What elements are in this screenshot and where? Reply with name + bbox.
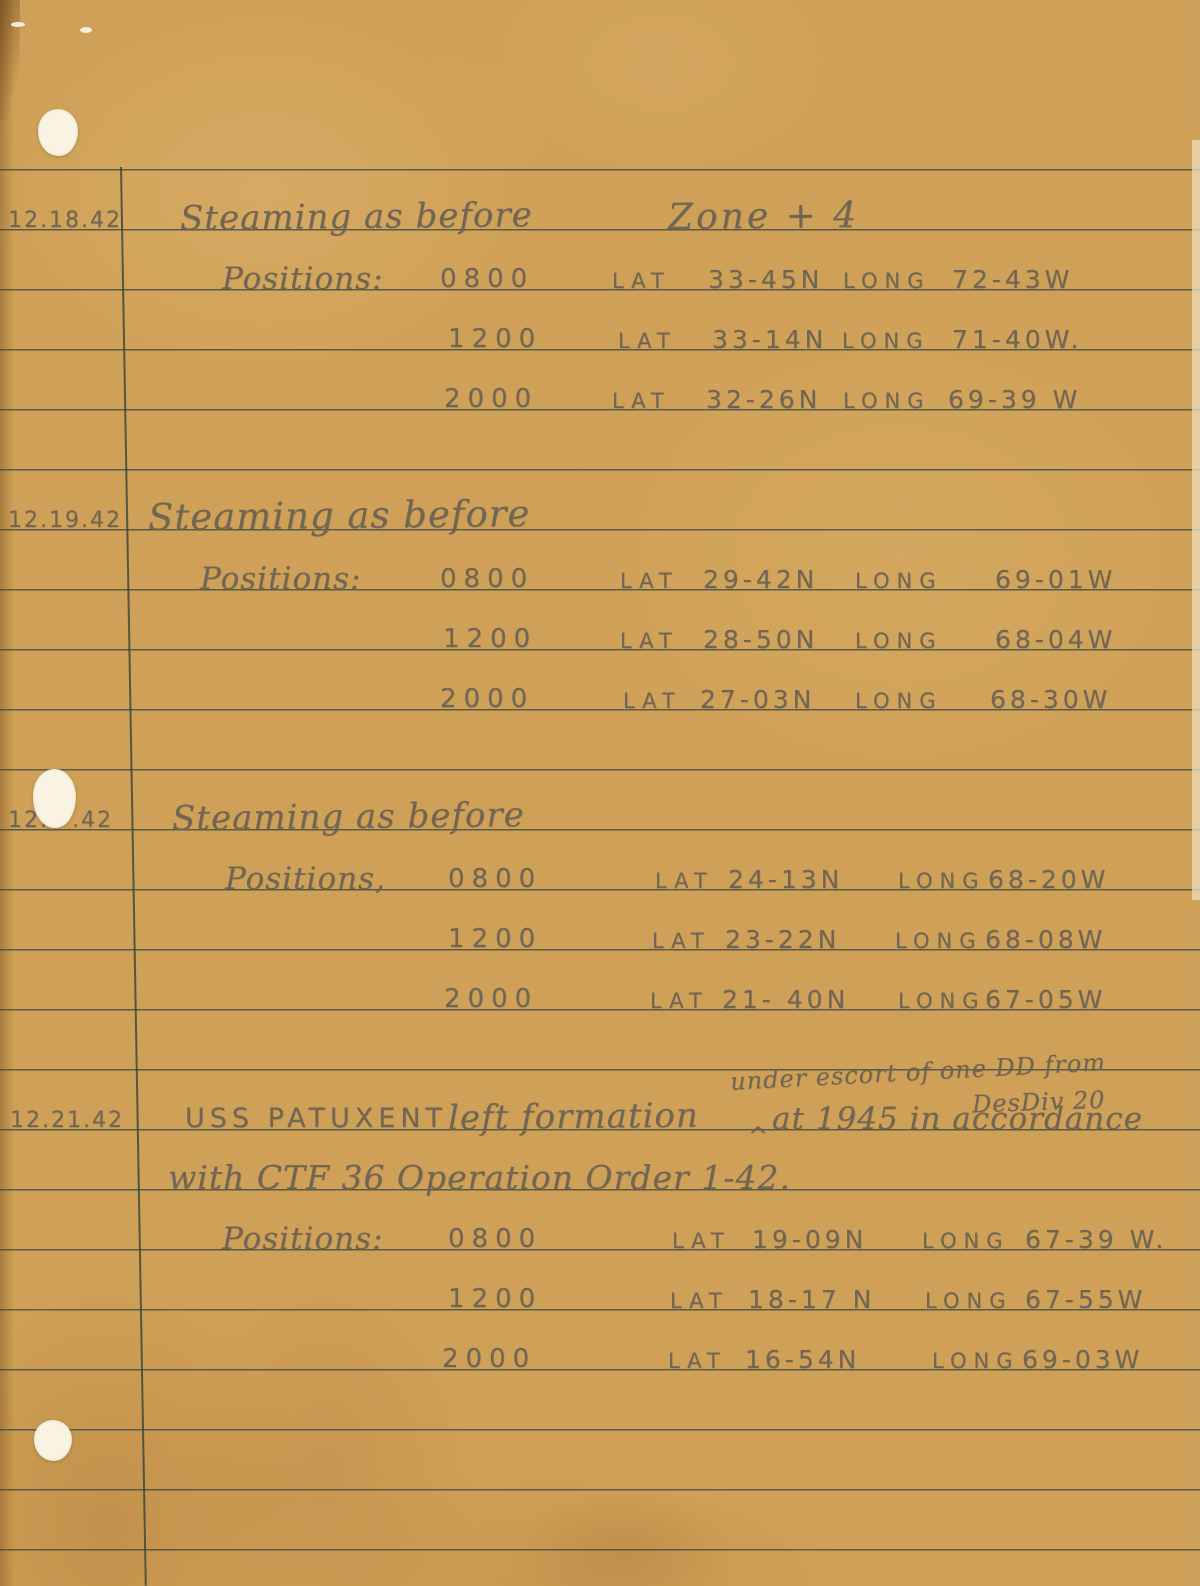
long-value: 67-05W [985, 985, 1106, 1014]
entry1-heading: Steaming as before [180, 195, 533, 239]
entry4-position-row-1200: 1200 LAT 18-17 N LONG 67-55W [0, 1267, 1200, 1309]
entry1-zone-note: Zone + 4 [668, 195, 860, 238]
time-value: 2000 [444, 384, 538, 414]
time-value: 1200 [443, 624, 537, 654]
time-value: 1200 [448, 924, 542, 954]
entry4-line1-mid: left formation [448, 1096, 699, 1139]
lat-value: 33-45N [708, 265, 823, 294]
positions-label: Positions: [222, 261, 383, 297]
entry1-position-row-2000: 2000 LAT 32-26N LONG 69-39 W [0, 367, 1200, 409]
entry1-heading-row: 12.18.42 Steaming as before Zone + 4 [0, 187, 1200, 229]
time-value: 2000 [440, 684, 534, 714]
lat-value: 28-50N [703, 625, 818, 654]
entry2-position-row-1200: 1200 LAT 28-50N LONG 68-04W [0, 607, 1200, 649]
lat-label: LAT [612, 389, 671, 413]
entry3-heading-row: 12. .42 Steaming as before [0, 787, 1200, 829]
hole-punch-bottom [34, 1420, 72, 1461]
entry3-position-row-0800: Positions, 0800 LAT 24-13N LONG 68-20W [0, 847, 1200, 889]
lat-value: 19-09N [752, 1225, 867, 1254]
entry3-date-suffix: .42 [72, 808, 113, 833]
entry2-date: 12.19.42 [8, 508, 122, 533]
lat-label: LAT [668, 1349, 727, 1373]
entry2-position-row-0800: Positions: 0800 LAT 29-42N LONG 69-01W [0, 547, 1200, 589]
long-label: LONG [925, 1289, 1012, 1313]
entry1-position-row-1200: 1200 LAT 33-14N LONG 71-40W. [0, 307, 1200, 349]
long-label: LONG [895, 929, 982, 953]
time-value: 0800 [448, 864, 542, 894]
lat-label: LAT [623, 689, 682, 713]
entry3-position-row-1200: 1200 LAT 23-22N LONG 68-08W [0, 907, 1200, 949]
entry4-line1-row: 12.21.42 USS PATUXENT left formation at … [0, 1087, 1200, 1129]
entry2-heading-row: 12.19.42 Steaming as before [0, 487, 1200, 529]
long-label: LONG [855, 629, 942, 653]
long-value: 71-40W. [952, 325, 1082, 354]
long-label: LONG [843, 389, 930, 413]
long-label: LONG [843, 269, 930, 293]
time-value: 1200 [448, 1284, 542, 1314]
long-label: LONG [898, 869, 985, 893]
time-value: 2000 [444, 984, 538, 1014]
log-page-paper: 12.18.42 Steaming as before Zone + 4 Pos… [0, 0, 1200, 1586]
time-value: 1200 [448, 324, 542, 354]
lat-value: 24-13N [728, 865, 843, 894]
lat-label: LAT [620, 569, 679, 593]
entry2-heading: Steaming as before [148, 492, 531, 539]
entry4-position-row-2000: 2000 LAT 16-54N LONG 69-03W [0, 1327, 1200, 1369]
hole-punch-middle [33, 769, 76, 828]
long-label: LONG [898, 989, 985, 1013]
long-value: 72-43W [952, 265, 1073, 294]
lat-value: 32-26N [706, 385, 821, 414]
lat-label: LAT [670, 1289, 729, 1313]
lat-value: 33-14N [712, 325, 827, 354]
lat-value: 16-54N [745, 1345, 860, 1374]
paper-fleck [80, 27, 92, 33]
entry2-position-row-2000: 2000 LAT 27-03N LONG 68-30W [0, 667, 1200, 709]
long-label: LONG [932, 1349, 1019, 1373]
time-value: 2000 [442, 1344, 536, 1374]
entry1-position-row-0800: Positions: 0800 LAT 33-45N LONG 72-43W [0, 247, 1200, 289]
entry1-date: 12.18.42 [8, 208, 122, 233]
long-label: LONG [855, 689, 942, 713]
long-label: LONG [842, 329, 929, 353]
positions-label: Positions, [225, 861, 386, 897]
entry4-position-row-0800: Positions: 0800 LAT 19-09N LONG 67-39 W. [0, 1207, 1200, 1249]
hole-punch-top [38, 109, 78, 156]
lat-label: LAT [655, 869, 714, 893]
paper-fleck [11, 22, 25, 27]
lat-value: 29-42N [703, 565, 818, 594]
lat-label: LAT [618, 329, 677, 353]
long-value: 68-20W [988, 865, 1109, 894]
lat-label: LAT [672, 1229, 731, 1253]
entry4-date: 12.21.42 [10, 1108, 124, 1133]
entry3-position-row-2000: 2000 LAT 21- 40N LONG 67-05W [0, 967, 1200, 1009]
long-value: 69-03W [1022, 1345, 1143, 1374]
time-value: 0800 [440, 564, 534, 594]
long-value: 69-39 W [948, 385, 1081, 414]
lat-value: 23-22N [725, 925, 840, 954]
entry4-line1-end: at 1945 in accordance [772, 1101, 1143, 1137]
entry4-line2: with CTF 36 Operation Order 1-42. [168, 1158, 791, 1197]
ship-name: USS PATUXENT [185, 1103, 447, 1134]
lat-label: LAT [650, 989, 709, 1013]
long-value: 68-30W [990, 685, 1111, 714]
long-value: 69-01W [995, 565, 1116, 594]
long-label: LONG [855, 569, 942, 593]
time-value: 0800 [440, 264, 534, 294]
entry3-heading: Steaming as before [172, 795, 525, 839]
lat-label: LAT [652, 929, 711, 953]
long-value: 67-55W [1025, 1285, 1146, 1314]
long-value: 67-39 W. [1025, 1225, 1167, 1254]
positions-label: Positions: [222, 1221, 383, 1257]
long-value: 68-04W [995, 625, 1116, 654]
lat-label: LAT [620, 629, 679, 653]
entry4-line2-row: with CTF 36 Operation Order 1-42. [0, 1147, 1200, 1189]
long-label: LONG [922, 1229, 1009, 1253]
time-value: 0800 [448, 1224, 542, 1254]
lat-label: LAT [612, 269, 671, 293]
lat-value: 21- 40N [722, 985, 849, 1014]
lat-value: 18-17 N [748, 1285, 875, 1314]
paper-corner-shadow [0, 0, 20, 120]
positions-label: Positions: [200, 561, 361, 597]
lat-value: 27-03N [700, 685, 815, 714]
long-value: 68-08W [985, 925, 1106, 954]
